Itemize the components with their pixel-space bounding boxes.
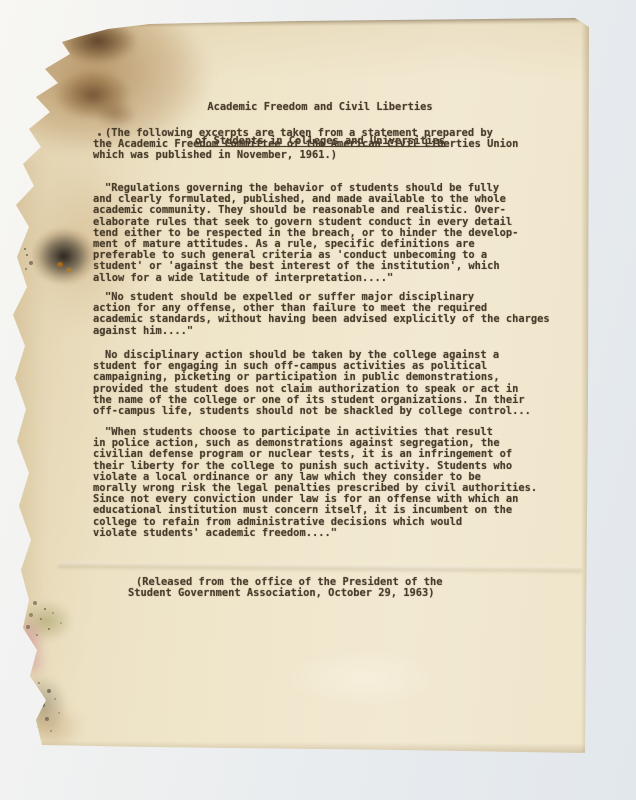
paragraph-no-student-expelled: "No student should be expelled or suffer… xyxy=(93,292,585,337)
title-line-1: Academic Freedom and Civil Liberties xyxy=(60,102,580,113)
paper-sheet: Academic Freedom and Civil Liberties of … xyxy=(0,0,636,800)
mold-specks-upper xyxy=(22,600,24,602)
intro-paragraph: (The following excerpts are taken from a… xyxy=(93,128,585,162)
mold-specks-lower xyxy=(24,680,26,682)
paragraph-regulations: "Regulations governing the behavior of s… xyxy=(93,183,585,284)
closing-note: (Released from the office of the Preside… xyxy=(128,577,558,599)
scan-background: Academic Freedom and Civil Liberties of … xyxy=(0,0,636,800)
paragraph-police-action: "When students choose to participate in … xyxy=(93,427,585,539)
paragraph-no-disciplinary-action: No disciplinary action should be taken b… xyxy=(93,350,585,417)
document-text: Academic Freedom and Civil Liberties of … xyxy=(0,0,636,800)
